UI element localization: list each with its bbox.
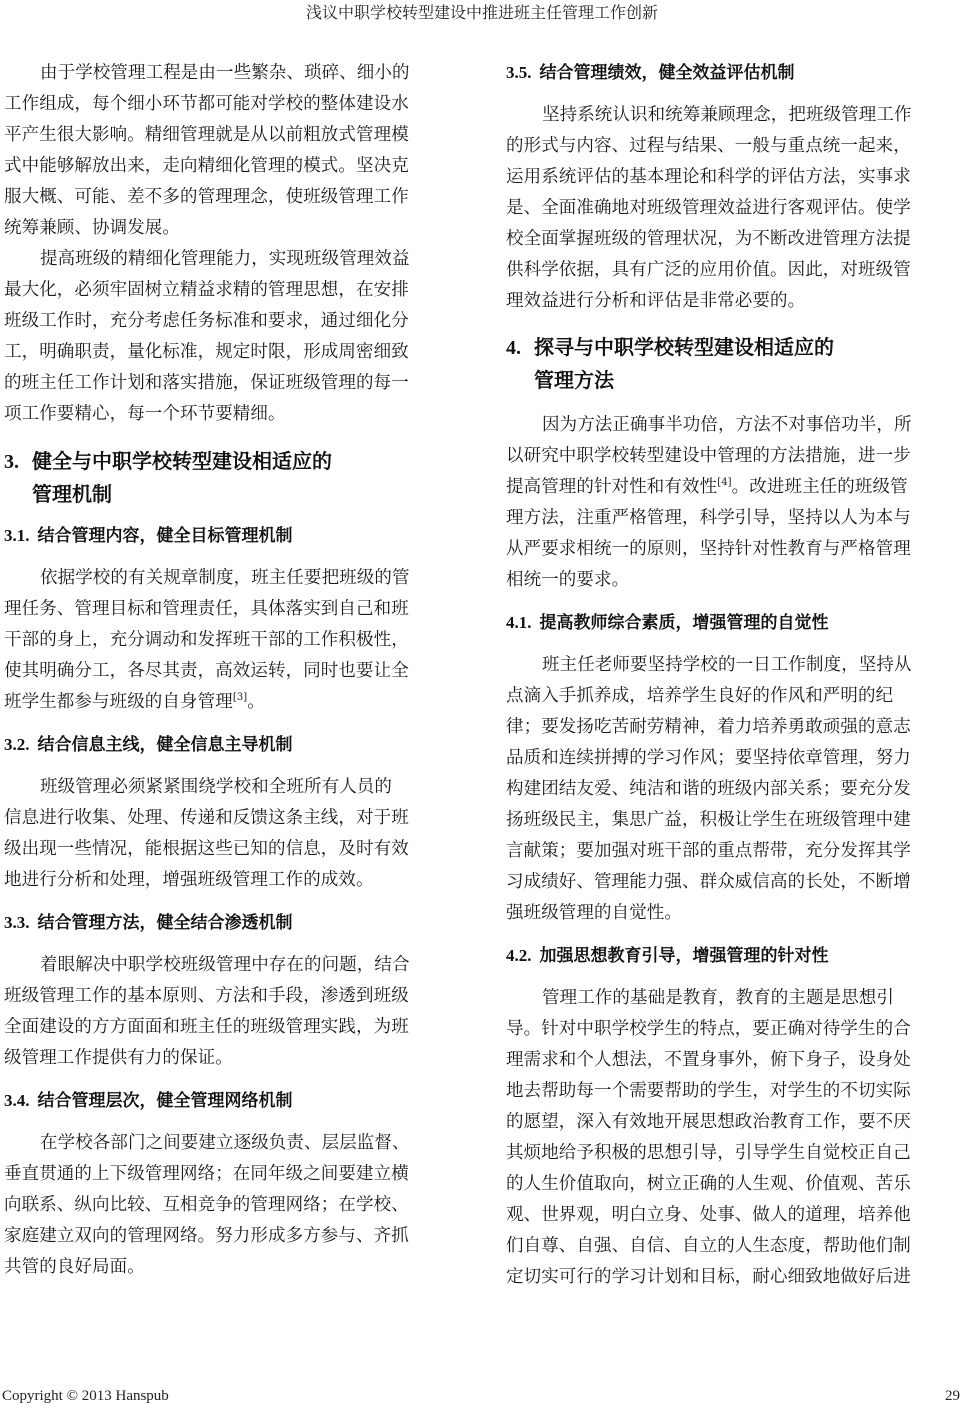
text-line: 班级管理工作的基本原则、方法和手段，渗透到班级 (4, 981, 460, 1012)
text-line: 式中能够解放出来，走向精细化管理的模式。坚决克 (4, 151, 460, 182)
text-line: 品质和连续拼搏的学习作风；要坚持依章管理，努力 (506, 743, 962, 774)
text-line: 以研究中职学校转型建设中管理的方法措施，进一步 (506, 441, 962, 472)
text-line: 强班级管理的自觉性。 (506, 898, 962, 929)
subsection-heading-4-1: 4.1.提高教师综合素质，增强管理的自觉性 (506, 610, 962, 636)
text-fragment: 。改进班主任的班级管 (732, 477, 908, 497)
text-line: 级管理工作提供有力的保证。 (4, 1043, 460, 1074)
subsection-title: 提高教师综合素质，增强管理的自觉性 (540, 613, 829, 633)
text-line: 的愿望，深入有效地开展思想政治教育工作，要不厌 (506, 1107, 962, 1138)
text-line: 们自尊、自强、自信、自立的人生态度，帮助他们制 (506, 1231, 962, 1262)
text-line: 级出现一些情况，能根据这些已知的信息，及时有效 (4, 834, 460, 865)
text-line: 供科学依据，具有广泛的应用价值。因此，对班级管 (506, 255, 962, 286)
text-line: 点滴入手抓养成，培养学生良好的作风和严明的纪 (506, 681, 962, 712)
section-heading-4: 4.探寻与中职学校转型建设相适应的 管理方法 (506, 331, 962, 396)
text-line: 坚持系统认识和统筹兼顾理念，把班级管理工作 (506, 100, 962, 131)
text-line: 着眼解决中职学校班级管理中存在的问题，结合 (4, 950, 460, 981)
subsection-number: 3.2. (4, 735, 30, 754)
subsection-number: 3.5. (506, 63, 532, 82)
text-line: 平产生很大影响。精细管理就是从以前粗放式管理模 (4, 120, 460, 151)
section-title-continued: 管理方法 (506, 364, 962, 396)
text-line: 全面建设的方方面面和班主任的班级管理实践，为班 (4, 1012, 460, 1043)
subsection-title: 结合管理方法，健全结合渗透机制 (38, 913, 293, 933)
text-line: 工作组成，每个细小环节都可能对学校的整体建设水 (4, 89, 460, 120)
copyright-notice: Copyright © 2013 Hanspub (2, 1388, 169, 1405)
subsection-title: 结合管理绩效，健全效益评估机制 (540, 63, 795, 83)
section-heading-3: 3.健全与中职学校转型建设相适应的 管理机制 (4, 445, 460, 510)
page-number: 29 (945, 1388, 960, 1405)
subsection-number: 4.2. (506, 946, 532, 965)
subsection-heading-3-3: 3.3.结合管理方法，健全结合渗透机制 (4, 910, 460, 936)
text-line: 运用系统评估的基本理论和科学的评估方法，实事求 (506, 162, 962, 193)
subsection-title: 结合管理层次，健全管理网络机制 (38, 1091, 293, 1111)
subsection-title: 加强思想教育引导，增强管理的针对性 (540, 946, 829, 966)
text-line: 构建团结友爱、纯洁和谐的班级内部关系；要充分发 (506, 774, 962, 805)
text-line: 垂直贯通的上下级管理网络；在同年级之间要建立横 (4, 1159, 460, 1190)
text-line: 相统一的要求。 (506, 565, 962, 596)
text-line: 定切实可行的学习计划和目标，耐心细致地做好后进 (506, 1262, 962, 1293)
section-number: 3. (4, 446, 32, 478)
text-line: 管理工作的基础是教育，教育的主题是思想引 (506, 983, 962, 1014)
subsection-number: 3.4. (4, 1091, 30, 1110)
subsection-heading-3-2: 3.2.结合信息主线，健全信息主导机制 (4, 732, 460, 758)
text-line: 导。针对中职学校学生的特点，要正确对待学生的合 (506, 1014, 962, 1045)
text-line: 理任务、管理目标和管理责任，具体落实到自己和班 (4, 594, 460, 625)
text-line: 律；要发扬吃苦耐劳精神，着力培养勇敢顽强的意志 (506, 712, 962, 743)
text-line: 由于学校管理工程是由一些繁杂、琐碎、细小的 (4, 58, 460, 89)
text-line: 是、全面准确地对班级管理效益进行客观评估。使学 (506, 193, 962, 224)
text-line: 因为方法正确事半功倍，方法不对事倍功半，所 (506, 410, 962, 441)
text-line: 班级工作时，充分考虑任务标准和要求，通过细化分 (4, 306, 460, 337)
right-column: 3.5.结合管理绩效，健全效益评估机制 坚持系统认识和统筹兼顾理念，把班级管理工… (506, 58, 962, 1293)
paragraph: 着眼解决中职学校班级管理中存在的问题，结合 班级管理工作的基本原则、方法和手段，… (4, 950, 460, 1074)
text-line: 班级管理必须紧紧围绕学校和全班所有人员的 (4, 772, 460, 803)
paragraph: 由于学校管理工程是由一些繁杂、琐碎、细小的 工作组成，每个细小环节都可能对学校的… (4, 58, 460, 244)
text-line: 地进行分析和处理，增强班级管理工作的成效。 (4, 865, 460, 896)
text-line: 班学生都参与班级的自身管理[3]。 (4, 687, 460, 718)
subsection-heading-3-1: 3.1.结合管理内容，健全目标管理机制 (4, 523, 460, 549)
text-line: 的班主任工作计划和落实措施，保证班级管理的每一 (4, 368, 460, 399)
text-line: 地去帮助每一个需要帮助的学生，对学生的不切实际 (506, 1076, 962, 1107)
subsection-title: 结合信息主线，健全信息主导机制 (38, 735, 293, 755)
text-line: 干部的身上，充分调动和发挥班干部的工作积极性， (4, 625, 460, 656)
text-line: 在学校各部门之间要建立逐级负责、层层监督、 (4, 1128, 460, 1159)
left-column: 由于学校管理工程是由一些繁杂、琐碎、细小的 工作组成，每个细小环节都可能对学校的… (4, 58, 460, 1283)
section-title: 健全与中职学校转型建设相适应的 (32, 449, 332, 473)
text-line: 最大化，必须牢固树立精益求精的管理思想，在安排 (4, 275, 460, 306)
text-line: 共管的良好局面。 (4, 1252, 460, 1283)
text-line: 理需求和个人想法，不置身事外，俯下身子，设身处 (506, 1045, 962, 1076)
subsection-number: 4.1. (506, 613, 532, 632)
text-line: 扬班级民主，集思广益，积极让学生在班级管理中建 (506, 805, 962, 836)
text-line: 从严要求相统一的原则，坚持针对性教育与严格管理 (506, 534, 962, 565)
paragraph: 班级管理必须紧紧围绕学校和全班所有人员的 信息进行收集、处理、传递和反馈这条主线… (4, 772, 460, 896)
text-line: 向联系、纵向比较、互相竞争的管理网络；在学校、 (4, 1190, 460, 1221)
text-line: 使其明确分工，各尽其责，高效运转，同时也要让全 (4, 656, 460, 687)
text-line: 统筹兼顾、协调发展。 (4, 213, 460, 244)
text-line: 家庭建立双向的管理网络。努力形成多方参与、齐抓 (4, 1221, 460, 1252)
text-line: 其烦地给予积极的思想引导，引导学生自觉校正自己 (506, 1138, 962, 1169)
text-line: 的形式与内容、过程与结果、一般与重点统一起来， (506, 131, 962, 162)
text-line: 习成绩好、管理能力强、群众威信高的长处，不断增 (506, 867, 962, 898)
paragraph: 坚持系统认识和统筹兼顾理念，把班级管理工作 的形式与内容、过程与结果、一般与重点… (506, 100, 962, 317)
text-line: 工，明确职责，量化标准，规定时限，形成周密细致 (4, 337, 460, 368)
text-fragment: 。 (247, 692, 265, 712)
subsection-heading-4-2: 4.2.加强思想教育引导，增强管理的针对性 (506, 943, 962, 969)
subsection-number: 3.3. (4, 913, 30, 932)
text-fragment: 班学生都参与班级的自身管理 (4, 692, 233, 712)
text-line: 观、世界观，明白立身、处事、做人的道理，培养他 (506, 1200, 962, 1231)
paragraph: 在学校各部门之间要建立逐级负责、层层监督、 垂直贯通的上下级管理网络；在同年级之… (4, 1128, 460, 1283)
text-line: 言献策；要加强对班干部的重点帮带，充分发挥其学 (506, 836, 962, 867)
paragraph: 因为方法正确事半功倍，方法不对事倍功半，所 以研究中职学校转型建设中管理的方法措… (506, 410, 962, 596)
citation-4[interactable]: [4] (717, 477, 731, 488)
text-line: 理方法，注重严格管理，科学引导，坚持以人为本与 (506, 503, 962, 534)
text-line: 班主任老师要坚持学校的一日工作制度，坚持从 (506, 650, 962, 681)
text-line: 提高班级的精细化管理能力，实现班级管理效益 (4, 244, 460, 275)
text-line: 依据学校的有关规章制度，班主任要把班级的管 (4, 563, 460, 594)
subsection-title: 结合管理内容，健全目标管理机制 (38, 526, 293, 546)
paragraph: 提高班级的精细化管理能力，实现班级管理效益 最大化，必须牢固树立精益求精的管理思… (4, 244, 460, 430)
text-line: 校全面掌握班级的管理状况，为不断改进管理方法提 (506, 224, 962, 255)
section-title-continued: 管理机制 (4, 478, 460, 510)
running-header: 浅议中职学校转型建设中推进班主任管理工作创新 (0, 2, 964, 24)
paragraph: 班主任老师要坚持学校的一日工作制度，坚持从 点滴入手抓养成，培养学生良好的作风和… (506, 650, 962, 929)
text-line: 信息进行收集、处理、传递和反馈这条主线，对于班 (4, 803, 460, 834)
text-fragment: 提高管理的针对性和有效性 (506, 477, 717, 497)
subsection-heading-3-4: 3.4.结合管理层次，健全管理网络机制 (4, 1088, 460, 1114)
text-line: 服大概、可能、差不多的管理理念，使班级管理工作 (4, 182, 460, 213)
citation-3[interactable]: [3] (233, 692, 247, 703)
section-title: 探寻与中职学校转型建设相适应的 (534, 335, 834, 359)
subsection-heading-3-5: 3.5.结合管理绩效，健全效益评估机制 (506, 60, 962, 86)
section-number: 4. (506, 332, 534, 364)
text-line: 理效益进行分析和评估是非常必要的。 (506, 286, 962, 317)
paragraph: 依据学校的有关规章制度，班主任要把班级的管 理任务、管理目标和管理责任，具体落实… (4, 563, 460, 718)
text-line: 的人生价值取向，树立正确的人生观、价值观、苦乐 (506, 1169, 962, 1200)
subsection-number: 3.1. (4, 526, 30, 545)
text-line: 项工作要精心，每一个环节要精细。 (4, 399, 460, 430)
text-line: 提高管理的针对性和有效性[4]。改进班主任的班级管 (506, 472, 962, 503)
paragraph: 管理工作的基础是教育，教育的主题是思想引 导。针对中职学校学生的特点，要正确对待… (506, 983, 962, 1293)
